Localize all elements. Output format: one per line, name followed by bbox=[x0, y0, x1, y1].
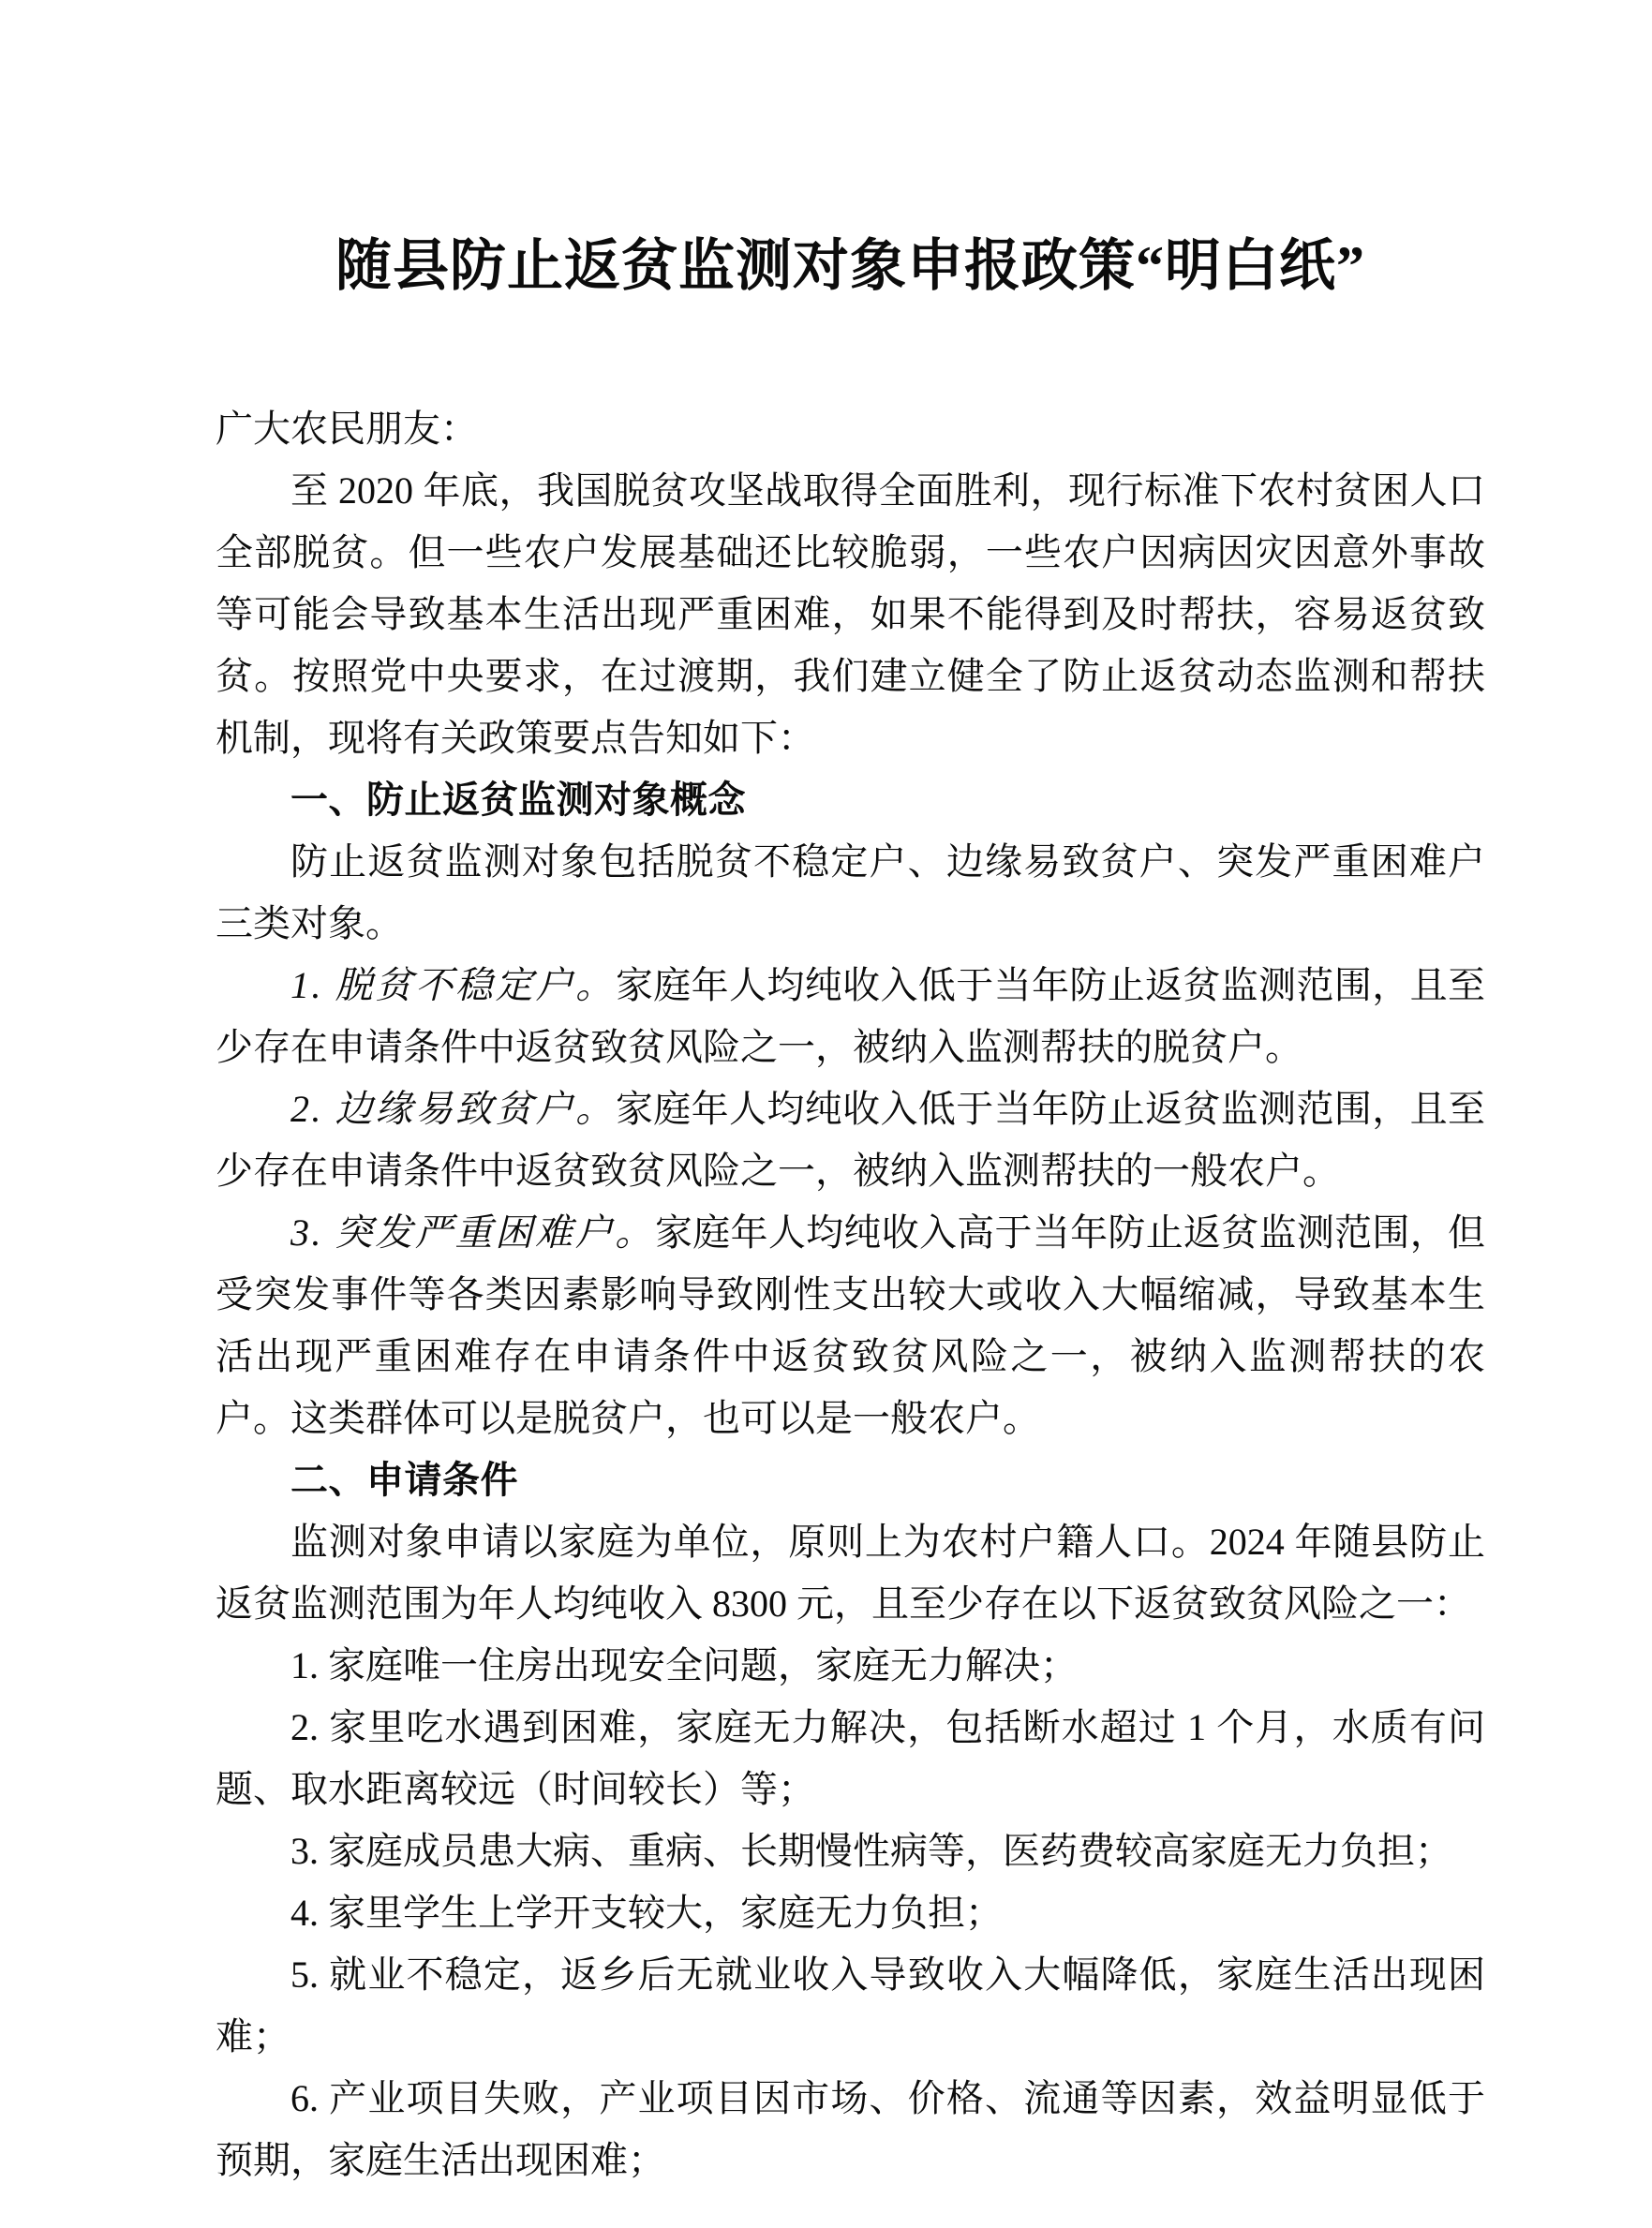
risk-item-2: 2. 家里吃水遇到困难，家庭无力解决，包括断水超过 1 个月，水质有问题、取水距… bbox=[216, 1697, 1485, 1820]
monitored-type-3-label: 3. 突发严重困难户。 bbox=[290, 1211, 655, 1254]
intro-paragraph: 至 2020 年底，我国脱贫攻坚战取得全面胜利，现行标准下农村贫困人口全部脱贫。… bbox=[216, 460, 1485, 769]
section2-heading: 二、申请条件 bbox=[216, 1449, 1485, 1511]
risk-item-5: 5. 就业不稳定，返乡后无就业收入导致收入大幅降低，家庭生活出现困难； bbox=[216, 1944, 1485, 2068]
section1-lead: 防止返贫监测对象包括脱贫不稳定户、边缘易致贫户、突发严重困难户三类对象。 bbox=[216, 831, 1485, 955]
risk-item-4: 4. 家里学生上学开支较大，家庭无力负担； bbox=[216, 1882, 1485, 1944]
monitored-type-2: 2. 边缘易致贫户。家庭年人均纯收入低于当年防止返贫监测范围，且至少存在申请条件… bbox=[216, 1078, 1485, 1202]
document-title: 随县防止返贫监测对象申报政策“明白纸” bbox=[216, 228, 1485, 304]
monitored-type-1-label: 1. 脱贫不稳定户。 bbox=[290, 964, 616, 1006]
risk-item-6: 6. 产业项目失败，产业项目因市场、价格、流通等因素，效益明显低于预期，家庭生活… bbox=[216, 2068, 1485, 2191]
salutation: 广大农民朋友： bbox=[216, 398, 1485, 460]
monitored-type-3: 3. 突发严重困难户。家庭年人均纯收入高于当年防止返贫监测范围，但受突发事件等各… bbox=[216, 1202, 1485, 1449]
monitored-type-2-label: 2. 边缘易致贫户。 bbox=[290, 1088, 616, 1130]
risk-item-3: 3. 家庭成员患大病、重病、长期慢性病等，医药费较高家庭无力负担； bbox=[216, 1820, 1485, 1882]
risk-item-1: 1. 家庭唯一住房出现安全问题，家庭无力解决； bbox=[216, 1635, 1485, 1697]
monitored-type-1: 1. 脱贫不稳定户。家庭年人均纯收入低于当年防止返贫监测范围，且至少存在申请条件… bbox=[216, 955, 1485, 1078]
document-page: 随县防止返贫监测对象申报政策“明白纸” 广大农民朋友： 至 2020 年底，我国… bbox=[0, 0, 1652, 2228]
section1-heading: 一、防止返贫监测对象概念 bbox=[216, 769, 1485, 831]
section2-lead: 监测对象申请以家庭为单位，原则上为农村户籍人口。2024 年随县防止返贫监测范围… bbox=[216, 1511, 1485, 1635]
